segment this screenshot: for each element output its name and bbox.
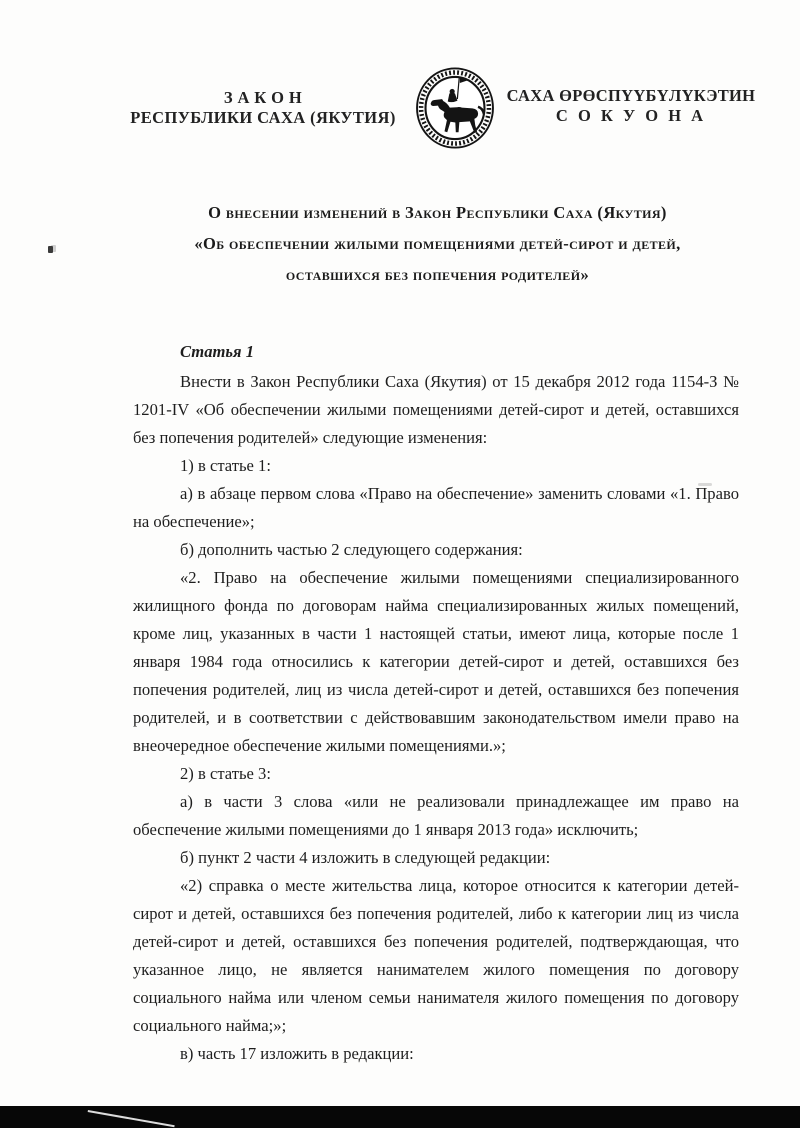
law-name-sakha: САХА ӨРӨСПҮҮБҮЛҮКЭТИН С О К У О Н А: [498, 86, 764, 126]
law-name-russian-line1: З А К О Н: [118, 88, 408, 108]
paragraph-item-2: 2) в статье 3:: [133, 760, 739, 788]
law-name-russian-line2: РЕСПУБЛИКИ САХА (ЯКУТИЯ): [118, 108, 408, 128]
scan-smudge-artifact: [698, 483, 712, 486]
scan-speck-artifact: [48, 246, 53, 253]
paragraph-item-1a: а) в абзаце первом слова «Право на обесп…: [133, 480, 739, 536]
paragraph-item-1b: б) дополнить частью 2 следующего содержа…: [133, 536, 739, 564]
paragraph-item-1: 1) в статье 1:: [133, 452, 739, 480]
paragraph-amend-intro: Внести в Закон Республики Саха (Якутия) …: [133, 368, 739, 452]
document-title-line2: «Об обеспечении жилыми помещениями детей…: [135, 228, 740, 259]
law-name-sakha-line2: С О К У О Н А: [498, 106, 764, 126]
law-name-sakha-line1: САХА ӨРӨСПҮҮБҮЛҮКЭТИН: [498, 86, 764, 106]
article-1-heading: Статья 1: [133, 338, 739, 366]
paragraph-item-2a: а) в части 3 слова «или не реализовали п…: [133, 788, 739, 844]
paragraph-part-2-text: «2. Право на обеспечение жилыми помещени…: [133, 564, 739, 760]
document-title: О внесении изменений в Закон Республики …: [135, 197, 740, 290]
document-title-line1: О внесении изменений в Закон Республики …: [135, 197, 740, 228]
sakha-coat-of-arms-seal-icon: [414, 66, 496, 150]
scanner-edge-scratch: [88, 1110, 175, 1127]
paragraph-item-2b: б) пункт 2 части 4 изложить в следующей …: [133, 844, 739, 872]
document-body: Статья 1 Внести в Закон Республики Саха …: [133, 338, 739, 1068]
scanner-edge-bar: [0, 1106, 800, 1128]
paragraph-item-2v: в) часть 17 изложить в редакции:: [133, 1040, 739, 1068]
document-title-line3: оставшихся без попечения родителей»: [135, 259, 740, 290]
law-name-russian: З А К О Н РЕСПУБЛИКИ САХА (ЯКУТИЯ): [118, 88, 408, 128]
scanned-law-document-page: З А К О Н РЕСПУБЛИКИ САХА (ЯКУТИЯ) САХА …: [0, 0, 800, 1128]
paragraph-point-2-text: «2) справка о месте жительства лица, кот…: [133, 872, 739, 1040]
